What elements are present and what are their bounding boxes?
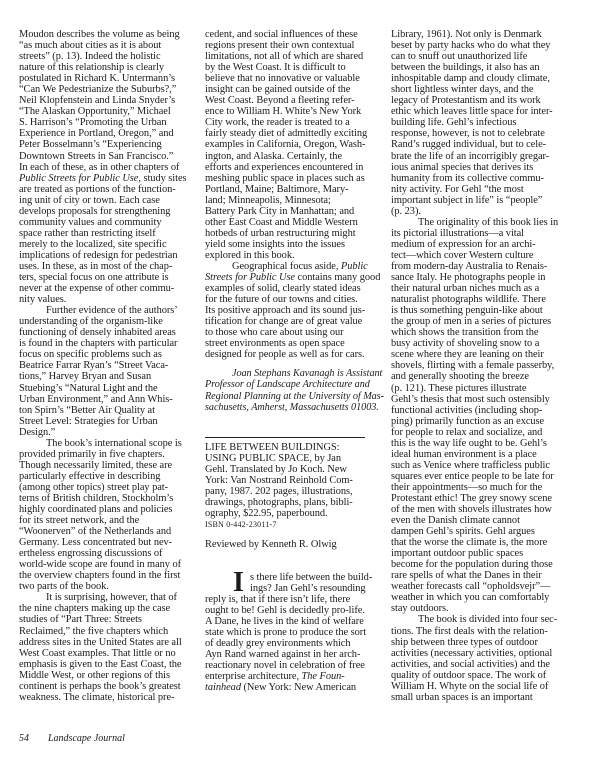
text-line: Experience in Portland, Oregon,” and bbox=[19, 128, 184, 139]
text-line: drawings, photographs, plans, bibli- bbox=[205, 497, 373, 508]
text-line: medium of expression for an archi- bbox=[391, 239, 563, 250]
text-line: from modern-day Australia to Renais- bbox=[391, 261, 563, 272]
text-line: are treated as portions of the function- bbox=[19, 184, 184, 195]
text-line: two parts of the book. bbox=[19, 581, 184, 592]
page-number: 54 bbox=[19, 733, 48, 744]
text-line: postulated in Richard K. Untermann’s bbox=[19, 73, 184, 84]
text-line: such as Venice where trafficless public bbox=[391, 460, 563, 471]
text-line: shovels, flirting with a female passerby… bbox=[391, 360, 563, 371]
text-line: weather forecasts call “opholdsvejr”— bbox=[391, 581, 563, 592]
text-line: enterprise architecture, The Foun- bbox=[205, 671, 373, 682]
text-line: Moudon describes the volume as being bbox=[19, 29, 184, 40]
text-line: the overview chapters found in the first bbox=[19, 570, 184, 581]
text-line: for the future of our towns and cities. bbox=[205, 294, 373, 305]
text-line: Germany. Less concentrated but nev- bbox=[19, 537, 184, 548]
text-line: Portland, Maine; Baltimore, Mary- bbox=[205, 184, 373, 195]
drop-cap: I bbox=[233, 571, 244, 595]
text-line: sance Italy. He photographs people in bbox=[391, 272, 563, 283]
text-line: S. Harrison’s “Promoting the Urban bbox=[19, 117, 184, 128]
text-line: the nine chapters making up the case bbox=[19, 603, 184, 614]
text-line: weakness. The climate, historical pre- bbox=[19, 692, 184, 703]
text-line: Beatrice Farrar Ryan’s “Street Vaca- bbox=[19, 360, 184, 371]
text-line: West Coast. Beyond a fleeting refer- bbox=[205, 95, 373, 106]
text-line: ton Spirn’s “Better Air Quality at bbox=[19, 405, 184, 416]
text-line: can to snuff out unauthorized life bbox=[391, 51, 563, 62]
text-line: ertheless engrossing discussions of bbox=[19, 548, 184, 559]
text-line: nature of this relationship is clearly bbox=[19, 62, 184, 73]
text-line: Gehl. Translated by Jo Koch. New bbox=[205, 464, 373, 475]
text-line: busy activity of shoveling snow to a bbox=[391, 338, 563, 349]
text-line: brate the life of an incorrigibly gregar… bbox=[391, 151, 563, 162]
text-line: even the Danish climate cannot bbox=[391, 515, 563, 526]
text-line: York: Van Nostrand Reinhold Com- bbox=[205, 475, 373, 486]
text-line: ters, special focus on one attribute is bbox=[19, 272, 184, 283]
section-divider bbox=[205, 437, 365, 438]
text-line: which shows the transition from the bbox=[391, 327, 563, 338]
text-line: In each of these, as in other chapters o… bbox=[19, 162, 184, 173]
text-line: Regional Planning at the University of M… bbox=[205, 391, 373, 402]
text-line: The book’s international scope is bbox=[19, 438, 184, 449]
text-line: The originality of this book lies in bbox=[391, 217, 563, 228]
text-line: Joan Stephans Kavanagh is Assistant bbox=[205, 368, 373, 379]
text-line: building life. Gehl’s infectious bbox=[391, 117, 563, 128]
text-line: functional activities (including shop- bbox=[391, 405, 563, 416]
text-line: fairly steady diet of admittedly excitin… bbox=[205, 128, 373, 139]
text-line: Library, 1961). Not only is Denmark bbox=[391, 29, 563, 40]
text-line: merely to the localized, site specific bbox=[19, 239, 184, 250]
text-line: for people to relax and socialize, and bbox=[391, 427, 563, 438]
text-line: activities (necessary activities, option… bbox=[391, 648, 563, 659]
text-line: efforts and experiences encountered in bbox=[205, 162, 373, 173]
text-line: street environments as open space bbox=[205, 338, 373, 349]
text-line: emphasis is given to the East Coast, the bbox=[19, 659, 184, 670]
text-line: provided primarily in five chapters. bbox=[19, 449, 184, 460]
text-line: examples in California, Oregon, Wash- bbox=[205, 139, 373, 150]
text-line: functioning of densely inhabited areas bbox=[19, 327, 184, 338]
text-line: and generally shooting the breeze bbox=[391, 371, 563, 382]
text-line: small urban spaces is an important bbox=[391, 692, 563, 703]
text-line: “Can We Pedestrianize the Suburbs?,” bbox=[19, 84, 184, 95]
text-line: focus on specific problems such as bbox=[19, 349, 184, 360]
text-line: nity values. bbox=[19, 294, 184, 305]
text-line: studies of “Part Three: Streets bbox=[19, 614, 184, 625]
column-2: cedent, and social influences of thesere… bbox=[205, 29, 373, 694]
text-line: that the worse the climate is, the more bbox=[391, 537, 563, 548]
text-line: Urban Environment,” and Ann Whis- bbox=[19, 394, 184, 405]
text-line: designed for people as well as for cars. bbox=[205, 349, 373, 360]
text-line: City work, the reader is treated to a bbox=[205, 117, 373, 128]
text-line: sachusetts, Amherst, Massachusetts 01003… bbox=[205, 402, 373, 413]
text-line: insight can be gained outside of the bbox=[205, 84, 373, 95]
book-title-italic: Public bbox=[341, 261, 368, 272]
text-line: yield some insights into the issues bbox=[205, 239, 373, 250]
text-line: Its positive approach and its sound jus- bbox=[205, 305, 373, 316]
text-line: streets” (p. 13). Indeed the holistic bbox=[19, 51, 184, 62]
text-line: cedent, and social influences of these bbox=[205, 29, 373, 40]
page-footer: 54Landscape Journal bbox=[19, 733, 125, 744]
column-1: Moudon describes the volume as being“as … bbox=[19, 29, 184, 703]
text-line: for its street network, and the bbox=[19, 515, 184, 526]
text-line: limitations, not all of which are shared bbox=[205, 51, 373, 62]
text-line: understanding of the organism-like bbox=[19, 316, 184, 327]
text-line: Though necessarily limited, these are bbox=[19, 460, 184, 471]
isbn: ISBN 0-442-23011-7 bbox=[205, 519, 373, 530]
text-line: space rather than restricting itself bbox=[19, 228, 184, 239]
text-line: Peter Bosselmann’s “Experiencing bbox=[19, 139, 184, 150]
text-line: particularly effective in describing bbox=[19, 471, 184, 482]
text-line: uses. In these, as in most of the chap- bbox=[19, 261, 184, 272]
review-body: I s there life between the build- ings? … bbox=[205, 572, 373, 694]
text-line: The book is divided into four sec- bbox=[391, 614, 563, 625]
text-line: by the West Coast. It is difficult to bbox=[205, 62, 373, 73]
text-line: tions. The first deals with the relation… bbox=[391, 626, 563, 637]
text-line: community values and community bbox=[19, 217, 184, 228]
text-line: this is the way life ought to be. Gehl’s bbox=[391, 438, 563, 449]
text-line: activities, and social activities) and t… bbox=[391, 659, 563, 670]
text-line: Neil Klopfenstein and Linda Snyder’s bbox=[19, 95, 184, 106]
text-line: important outdoor public spaces bbox=[391, 548, 563, 559]
text-line: is found in the chapters with particular bbox=[19, 338, 184, 349]
text-line: naturalist photographs wildlife. There bbox=[391, 294, 563, 305]
text-line: A Dane, he lives in the kind of welfare bbox=[205, 616, 373, 627]
text-line: important subject in life” is “people” bbox=[391, 195, 563, 206]
text-line: Middle West, or other regions of this bbox=[19, 670, 184, 681]
text-line: (p. 23). bbox=[391, 206, 563, 217]
book-citation: LIFE BETWEEN BUILDINGS:USING PUBLIC SPAC… bbox=[205, 442, 373, 519]
text-line: is thus something penguin-like about bbox=[391, 305, 563, 316]
text-line: nity activity. For Gehl “the most bbox=[391, 184, 563, 195]
text-line: Battery Park City in Manhattan; and bbox=[205, 206, 373, 217]
text-line: ence to William H. White’s New York bbox=[205, 106, 373, 117]
text-line: reactionary novel in celebration of free bbox=[205, 660, 373, 671]
text-line: response, however, is not to celebrate bbox=[391, 128, 563, 139]
paragraph-geographical-focus: Geographical focus aside, Public Streets… bbox=[205, 261, 373, 360]
text-line: implications of redesign for pedestrian bbox=[19, 250, 184, 261]
text-line: Reclaimed,” the five chapters which bbox=[19, 626, 184, 637]
reviewer-bio: Joan Stephans Kavanagh is AssistantProfe… bbox=[205, 368, 373, 412]
text-line: beset by party hacks who do what they bbox=[391, 40, 563, 51]
journal-name: Landscape Journal bbox=[48, 733, 125, 744]
text-line: examples of solid, clearly stated ideas bbox=[205, 283, 373, 294]
text-line: ethic which leaves little space for inte… bbox=[391, 106, 563, 117]
text-line: stay outdoors. bbox=[391, 603, 563, 614]
text-line: continent is perhaps the book’s greatest bbox=[19, 681, 184, 692]
text-line: ping) primarily function as an excuse bbox=[391, 416, 563, 427]
text-line: “The Alaskan Opportunity,” Michael bbox=[19, 106, 184, 117]
text-line: terns of British children, Stockholm’s bbox=[19, 493, 184, 504]
text-line: Public Streets for Public Use, study sit… bbox=[19, 173, 184, 184]
text-line: tions,” Harvey Bryan and Susan bbox=[19, 371, 184, 382]
text-line: LIFE BETWEEN BUILDINGS: bbox=[205, 442, 373, 453]
text-line: of the men with shovels illustrates how bbox=[391, 504, 563, 515]
text-line: rare spells of what the Danes in their bbox=[391, 570, 563, 581]
text-line: Professor of Landscape Architecture and bbox=[205, 379, 373, 390]
text-line: Street Level: Strategies for Urban bbox=[19, 416, 184, 427]
text-line: ing unit of city or town. Each case bbox=[19, 195, 184, 206]
text-line: become for the population during those bbox=[391, 559, 563, 570]
text-line: ography, $22.95, paperbound. bbox=[205, 508, 373, 519]
text-line: Ayn Rand warned against in her arch- bbox=[205, 649, 373, 660]
text-line: William H. Whyte on the social life of bbox=[391, 681, 563, 692]
text-line: dampen Gehl’s spirits. Gehl argues bbox=[391, 526, 563, 537]
text-line: quality of outdoor space. The work of bbox=[391, 670, 563, 681]
book-title-italic: Streets for Public Use bbox=[205, 272, 295, 283]
text-line: tect—which cover Western culture bbox=[391, 250, 563, 261]
column-3: Library, 1961). Not only is Denmarkbeset… bbox=[391, 29, 563, 703]
text-line: “as much about cities as it is about bbox=[19, 40, 184, 51]
text-line: other East Coast and Middle Western bbox=[205, 217, 373, 228]
text-line: humanity from its collective commu- bbox=[391, 173, 563, 184]
text-line: squares ever entice people to be late fo… bbox=[391, 471, 563, 482]
text-line: of deadly grey environments which bbox=[205, 638, 373, 649]
text-line: land; Minneapolis, Minnesota; bbox=[205, 195, 373, 206]
text-line: Design.” bbox=[19, 427, 184, 438]
text-line: USING PUBLIC SPACE, by Jan bbox=[205, 453, 373, 464]
text-line: Protestant ethic! The grey snowy scene bbox=[391, 493, 563, 504]
text-line: explored in this book. bbox=[205, 250, 373, 261]
text-line: West Coast examples. That little or no bbox=[19, 648, 184, 659]
text-line: their natural urban niches much as a bbox=[391, 283, 563, 294]
text-line: (p. 121). These pictures illustrate bbox=[391, 383, 563, 394]
text-line: hotbeds of urban restructuring might bbox=[205, 228, 373, 239]
text-line: develops proposals for strengthening bbox=[19, 206, 184, 217]
text-line: pany, 1987. 202 pages, illustrations, bbox=[205, 486, 373, 497]
text-line: its pictorial illustrations—a vital bbox=[391, 228, 563, 239]
text-line: ington, and Alaska. Certainly, the bbox=[205, 151, 373, 162]
text-line: “Woonerven” of the Netherlands and bbox=[19, 526, 184, 537]
reviewer-byline: Reviewed by Kenneth R. Olwig bbox=[205, 539, 373, 550]
text-line: weather in which you can comfortably bbox=[391, 592, 563, 603]
text-line: It is surprising, however, that of bbox=[19, 592, 184, 603]
text-line: ship between three types of outdoor bbox=[391, 637, 563, 648]
text-line: to those who care about using our bbox=[205, 327, 373, 338]
text-line: ious animal species that derives its bbox=[391, 162, 563, 173]
text-line: short lightless winter days, and the bbox=[391, 84, 563, 95]
text-line: state which is prone to produce the sort bbox=[205, 627, 373, 638]
text-line: tification for change are of great value bbox=[205, 316, 373, 327]
text-line: (among other topics) street play pat- bbox=[19, 482, 184, 493]
text-line: ought to be! Gehl is decidedly pro-life. bbox=[205, 605, 373, 616]
paragraph-west-coast-critique: cedent, and social influences of thesere… bbox=[205, 29, 373, 261]
text-line: reply is, that if there isn’t life, ther… bbox=[205, 594, 373, 605]
text-line: meshing public space in places such as bbox=[205, 173, 373, 184]
text-line: their appointments—so much for the bbox=[391, 482, 563, 493]
text-line: Rand’s rugged individual, but to cele- bbox=[391, 139, 563, 150]
text-line: legacy of Protestantism and its work bbox=[391, 95, 563, 106]
text-line: the group of men in a series of pictures bbox=[391, 316, 563, 327]
text-line: Stuebing’s “Natural Light and the bbox=[19, 383, 184, 394]
text-line: Further evidence of the authors’ bbox=[19, 305, 184, 316]
text-line: highly coordinated plans and policies bbox=[19, 504, 184, 515]
text-line: never at the expense of other commu- bbox=[19, 283, 184, 294]
text-line: world-wide scope are found in many of bbox=[19, 559, 184, 570]
text-line: between the buildings, it also has an bbox=[391, 62, 563, 73]
text-line: Gehl’s thesis that most such ostensibly bbox=[391, 394, 563, 405]
text-line: Downtown Streets in San Francisco.” bbox=[19, 151, 184, 162]
text-line: address sites in the United States are a… bbox=[19, 637, 184, 648]
text-line: believe that no innovative or valuable bbox=[205, 73, 373, 84]
text-line: inhospitable damp and cloudy climate, bbox=[391, 73, 563, 84]
text-line: regions present their own contextual bbox=[205, 40, 373, 51]
text-line: scene where they are leaning on their bbox=[391, 349, 563, 360]
text-line: ideal human environment is a place bbox=[391, 449, 563, 460]
